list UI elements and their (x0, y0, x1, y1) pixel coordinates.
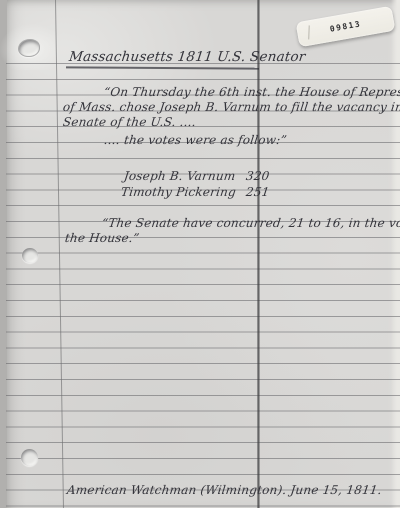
conclusion-line: the House.” (64, 231, 140, 246)
notebook-paper: Massachusetts 1811 U.S. Senator “On Thur… (0, 0, 400, 508)
tally-candidate-name: Timothy Pickering (120, 185, 237, 200)
body-line: .... the votes were as follow:” (103, 133, 288, 148)
conclusion-line: “The Senate have concurred, 21 to 16, in… (101, 216, 400, 231)
sticker-mark (308, 25, 309, 39)
center-crease-line (257, 0, 260, 508)
body-line: “On Thursday the 6th inst. the House of … (103, 85, 400, 100)
tally-vote-count: 320 (245, 169, 270, 184)
page-title: Massachusetts 1811 U.S. Senator (68, 49, 306, 66)
punch-hole-middle (22, 248, 38, 263)
punch-hole-bottom (21, 449, 38, 466)
catalog-sticker: 09813 (296, 6, 396, 47)
tally-candidate-name: Joseph B. Varnum (123, 169, 236, 184)
scanned-document-page: Massachusetts 1811 U.S. Senator “On Thur… (0, 0, 400, 508)
catalog-number: 09813 (329, 19, 362, 33)
tally-vote-count: 251 (245, 185, 270, 200)
source-citation: American Watchman (Wilmington). June 15,… (66, 483, 383, 498)
body-line: of Mass. chose Joseph B. Varnum to fill … (62, 100, 400, 115)
body-line: Senate of the U.S. .... (62, 115, 197, 130)
punch-hole-top (18, 39, 40, 57)
